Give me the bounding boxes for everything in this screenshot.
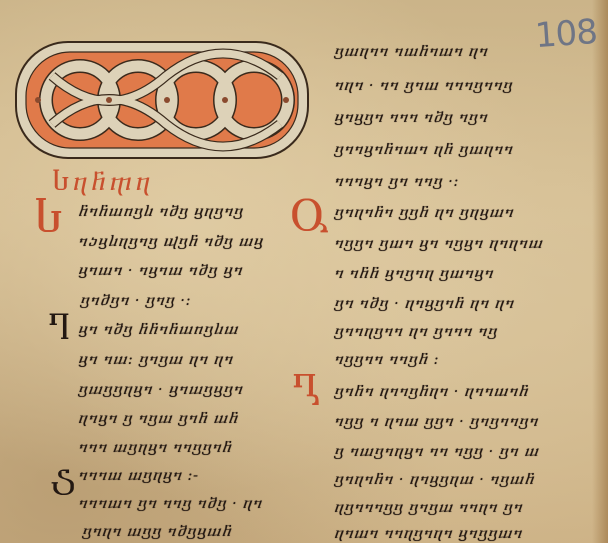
text-line: ⴂⴈⴋⴂⴈ · ⴂⴈⴂ ·: (80, 291, 191, 309)
text-line: ⴁⴈⴍⴈ · ⴈⴁⴈⴍ ⴈⴋⴂ ⴁⴈ (78, 261, 243, 279)
red-initial-right-1: Ⴓ (290, 196, 329, 240)
text-line: ⴂⴍⴂⴂⴄⴁⴈ · ⴁⴈⴍⴂⴁⴂⴈ (78, 380, 243, 398)
page-edge-shadow (592, 0, 608, 543)
text-line: ⴄⴂⴈⴈⴈⴂⴂ ⴂⴈⴂⴍ ⴈⴈⴄⴈ ⴂⴈ (334, 498, 523, 516)
text-line: ⴄⴈⴍⴈ ⴈⴈⴄⴂⴈⴄⴈ ⴁⴈⴂⴂⴍⴈ (334, 524, 522, 542)
black-initial-left-2: Ⴢ (50, 468, 76, 503)
text-line: ⴈⴈⴈⴍ ⴍⴂⴄⴁⴈ :- (78, 466, 199, 484)
text-line: ⴈⴢⴁⴑⴄⴂⴈⴂ ⴓⴂⴌ ⴈⴋⴂ ⴍⴁ (78, 232, 263, 250)
black-initial-left-1: Ⴄ (48, 312, 70, 347)
text-line: ⴂ ⴈⴍⴂⴈⴄⴁⴈ ⴈⴈ ⴈⴂⴂ · ⴂⴈ ⴍ (334, 442, 539, 460)
text-line: ⴈⴄⴈ · ⴈⴈ ⴂⴈⴍ ⴈⴈⴈⴂⴈⴈⴂ (334, 76, 513, 94)
text-line: ⴄⴈⴁⴈ ⴂ ⴈⴂⴍ ⴂⴈⴌ ⴍⴌ (78, 409, 238, 427)
text-line: ⴁⴈ ⴈⴍ: ⴂⴈⴂⴍ ⴄⴈ ⴄⴈ (78, 350, 233, 368)
text-line: ⴈⴈⴈ ⴍⴂⴄⴁⴈ ⴈⴈⴂⴂⴈⴌ (78, 438, 232, 456)
text-line: ⴈⴂⴂⴈⴈ ⴈⴈⴂⴌ : (334, 350, 439, 368)
red-initial-left: Ⴑ (34, 196, 63, 242)
text-line: ⴈ ⴈⴌⴌ ⴁⴈⴂⴈⴄ ⴂⴍⴈⴁⴈ (334, 264, 494, 282)
text-line: ⴁⴈ ⴈⴋⴂ ⴌⴌⴈⴌⴍⴖⴂⴑⴍ (78, 320, 239, 338)
rubric-heading: Ⴑⴄⴌⴅⴄ (52, 168, 154, 196)
interlace-ornament (12, 36, 312, 164)
text-line: ⴁⴈⴁⴂⴈ ⴈⴈⴈ ⴈⴋⴂ ⴈⴂⴈ (334, 108, 488, 126)
text-line: ⴂⴈ ⴈⴋⴂ · ⴄⴈⴁⴂⴈⴌ ⴄⴈ ⴄⴈ (334, 294, 514, 312)
text-line: ⴈⴈⴈⴍⴈ ⴂⴈ ⴈⴈⴂ ⴈⴋⴂ · ⴄⴈ (78, 494, 262, 512)
text-line: ⴂⴈⴄⴈⴌⴈ ⴂⴂⴌ ⴄⴈ ⴂⴄⴁⴍⴈ (334, 203, 514, 221)
folio-number: 108 (534, 12, 599, 56)
text-line: ⴈⴂⴂ ⴈ ⴄⴈⴍ ⴂⴂⴈ · ⴂⴈⴂⴈⴈⴂⴈ (334, 412, 539, 430)
text-line: ⴂⴍⴄⴈⴈ ⴈⴍⴌⴈⴍⴈ ⴄⴈ (334, 42, 488, 60)
text-line: ⴈⴈⴈⴁⴈ ⴂⴈ ⴈⴈⴂ ·: (334, 172, 459, 190)
text-line: ⴂⴈⴄⴈ ⴍⴂⴂ ⴈⴋⴂⴁⴍⴌ (82, 522, 232, 540)
text-line: ⴂⴈⴄⴈⴌⴈ · ⴄⴈⴁⴂⴄⴍ · ⴈⴂⴍⴌ (334, 470, 535, 488)
text-line: ⴂⴈⴈⴁⴈⴌⴈⴍⴈ ⴄⴌ ⴂⴍⴄⴈⴈ (334, 140, 513, 158)
text-line: ⴌⴈⴌⴍⴖⴂⴑ ⴈⴋⴂ ⴁⴄⴂⴈⴂ (78, 202, 243, 220)
text-line: ⴂⴈⴈⴄⴂⴈⴈ ⴄⴈ ⴂⴈⴈⴈ ⴈⴂ (334, 322, 498, 340)
text-line: ⴈⴂⴂⴈ ⴂⴍⴈ ⴁⴈ ⴈⴂⴁⴈ ⴄⴈⴄⴈⴍ (334, 234, 543, 252)
red-initial-right-2: Ⴂ (292, 372, 320, 412)
manuscript-page: 108 Ⴑⴄⴌⴅⴄ Ⴑ Ⴄ (0, 0, 608, 543)
text-line: ⴂⴈⴌⴈ ⴄⴈⴈⴂⴌⴄⴈ · ⴄⴈⴈⴍⴈⴌ (334, 382, 529, 400)
